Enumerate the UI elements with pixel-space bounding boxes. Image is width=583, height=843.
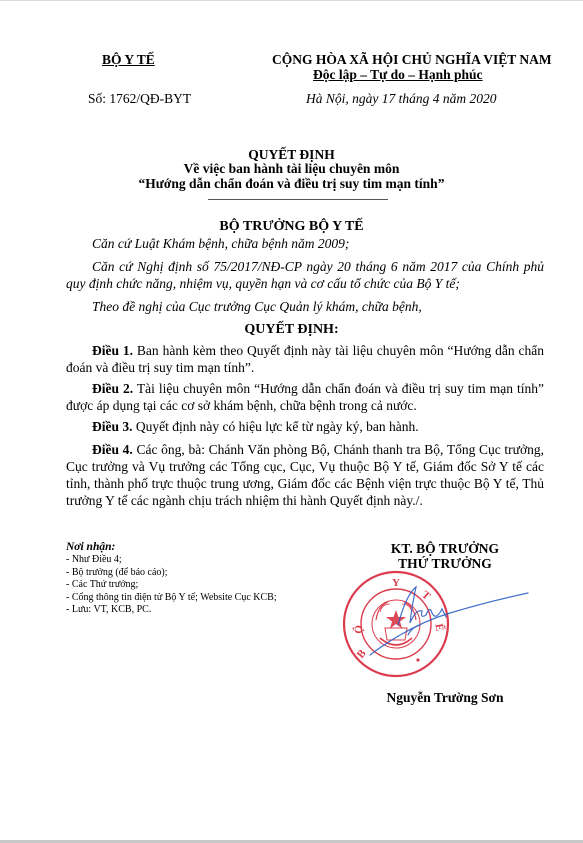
- issuing-authority: BỘ TRƯỞNG BỘ Y TẾ: [0, 219, 583, 235]
- recipient-item: - Bộ trưởng (để báo cáo);: [66, 567, 277, 580]
- article-text: Các ông, bà: Chánh Văn phòng Bộ, Chánh t…: [66, 442, 544, 508]
- article-3: Điều 3. Quyết định này có hiệu lực kể từ…: [66, 418, 544, 435]
- article-label: Điều 3.: [92, 419, 133, 434]
- recipients-title: Nơi nhận:: [66, 541, 277, 554]
- recipients-block: Nơi nhận: - Như Điều 4; - Bộ trưởng (để …: [66, 541, 277, 617]
- article-text: Quyết định này có hiệu lực kể từ ngày ký…: [133, 419, 419, 434]
- article-4: Điều 4. Các ông, bà: Chánh Văn phòng Bộ,…: [66, 441, 544, 509]
- place-and-date: Hà Nội, ngày 17 tháng 4 năm 2020: [306, 91, 497, 107]
- document-subject-line1: Về việc ban hành tài liệu chuyên môn: [0, 161, 583, 177]
- article-label: Điều 4.: [92, 442, 133, 457]
- republic-name: CỘNG HÒA XÃ HỘI CHỦ NGHĨA VIỆT NAM: [272, 52, 552, 68]
- recipient-item: - Lưu: VT, KCB, PC.: [66, 604, 277, 617]
- handwritten-signature-icon: [350, 565, 530, 665]
- recipient-item: - Các Thứ trưởng;: [66, 579, 277, 592]
- article-label: Điều 1.: [92, 343, 133, 358]
- article-2: Điều 2. Tài liệu chuyên môn “Hướng dẫn c…: [66, 380, 544, 414]
- document-subject-line2: “Hướng dẫn chẩn đoán và điều trị suy tim…: [0, 176, 583, 192]
- legal-basis-2: Căn cứ Nghị định số 75/2017/NĐ-CP ngày 2…: [66, 258, 544, 292]
- decision-heading: QUYẾT ĐỊNH:: [0, 322, 583, 338]
- signer-name: Nguyễn Trường Sơn: [350, 690, 540, 706]
- article-1: Điều 1. Ban hành kèm theo Quyết định này…: [66, 342, 544, 376]
- article-text: Ban hành kèm theo Quyết định này tài liệ…: [66, 343, 544, 375]
- national-motto: Độc lập – Tự do – Hạnh phúc: [313, 67, 483, 83]
- legal-basis-1: Căn cứ Luật Khám bệnh, chữa bệnh năm 200…: [66, 235, 544, 252]
- recipient-item: - Cổng thông tin điện tử Bộ Y tế; Websit…: [66, 592, 277, 605]
- title-divider: [208, 199, 388, 200]
- article-text: Tài liệu chuyên môn “Hướng dẫn chẩn đoán…: [66, 381, 544, 413]
- signature-title-line1: KT. BỘ TRƯỞNG: [360, 541, 530, 557]
- recipient-item: - Như Điều 4;: [66, 554, 277, 567]
- agency-name: BỘ Y TẾ: [102, 52, 155, 68]
- article-label: Điều 2.: [92, 381, 133, 396]
- page-top-border: [0, 0, 583, 1]
- legal-basis-3: Theo đề nghị của Cục trưởng Cục Quản lý …: [66, 298, 544, 315]
- document-number: Số: 1762/QĐ-BYT: [88, 91, 191, 107]
